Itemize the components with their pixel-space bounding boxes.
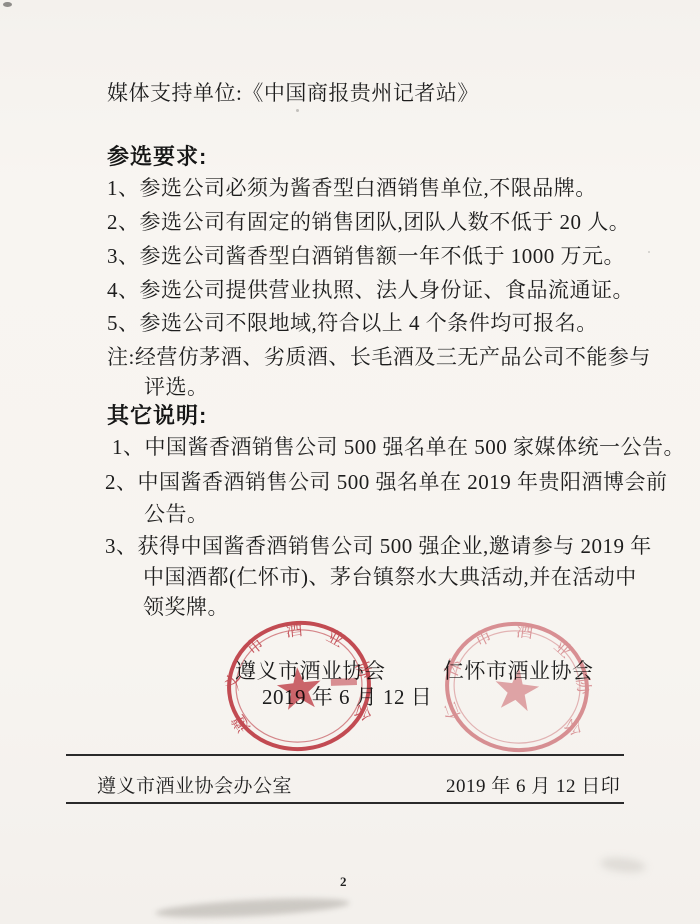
footer-rule-bottom: [66, 802, 624, 804]
footer-rule-top: [66, 754, 624, 756]
page-number: 2: [340, 874, 347, 890]
scan-speck: [296, 109, 299, 112]
signature-org-right: 仁怀市酒业协会: [443, 655, 594, 685]
media-support-line: 媒体支持单位:《中国商报贵州记者站》: [107, 77, 479, 107]
note-line-2: 评选。: [144, 371, 209, 401]
requirement-item-3: 3、参选公司酱香型白酒销售额一年不低于 1000 万元。: [107, 240, 625, 270]
official-seal-renhuai: 仁怀市酒业协会: [432, 612, 602, 762]
requirement-item-1: 1、参选公司必须为酱香型白酒销售单位,不限品牌。: [107, 172, 597, 202]
scan-smudge: [155, 895, 351, 921]
scan-speck: [648, 251, 650, 253]
other-item-3-line-1: 3、获得中国酱香酒销售公司 500 强企业,邀请参与 2019 年: [105, 530, 652, 560]
other-item-3-line-2: 中国酒都(仁怀市)、茅台镇祭水大典活动,并在活动中: [143, 561, 637, 591]
signature-date: 2019 年 6 月 12 日: [262, 681, 432, 711]
requirement-item-2: 2、参选公司有固定的销售团队,团队人数不低于 20 人。: [107, 206, 630, 236]
requirement-item-4: 4、参选公司提供营业执照、法人身份证、食品流通证。: [107, 274, 634, 304]
other-item-1: 1、中国酱香酒销售公司 500 强名单在 500 家媒体统一公告。: [112, 431, 685, 461]
footer-print-date: 2019 年 6 月 12 日印: [446, 771, 620, 798]
note-line-1: 注:经营仿茅酒、劣质酒、长毛酒及三无产品公司不能参与: [107, 341, 651, 371]
footer-office: 遵义市酒业协会办公室: [97, 771, 292, 798]
requirements-heading: 参选要求:: [107, 140, 207, 171]
requirement-item-5: 5、参选公司不限地域,符合以上 4 个条件均可报名。: [107, 307, 598, 337]
other-item-2-line-2: 公告。: [144, 498, 209, 528]
other-item-2-line-1: 2、中国酱香酒销售公司 500 强名单在 2019 年贵阳酒博会前: [105, 466, 668, 496]
other-item-3-line-3: 领奖牌。: [143, 591, 229, 621]
scanned-document-page: 媒体支持单位:《中国商报贵州记者站》 参选要求: 1、参选公司必须为酱香型白酒销…: [0, 0, 700, 924]
scan-speck: [3, 2, 12, 7]
scan-smudge: [599, 856, 646, 875]
other-notes-heading: 其它说明:: [107, 399, 207, 430]
